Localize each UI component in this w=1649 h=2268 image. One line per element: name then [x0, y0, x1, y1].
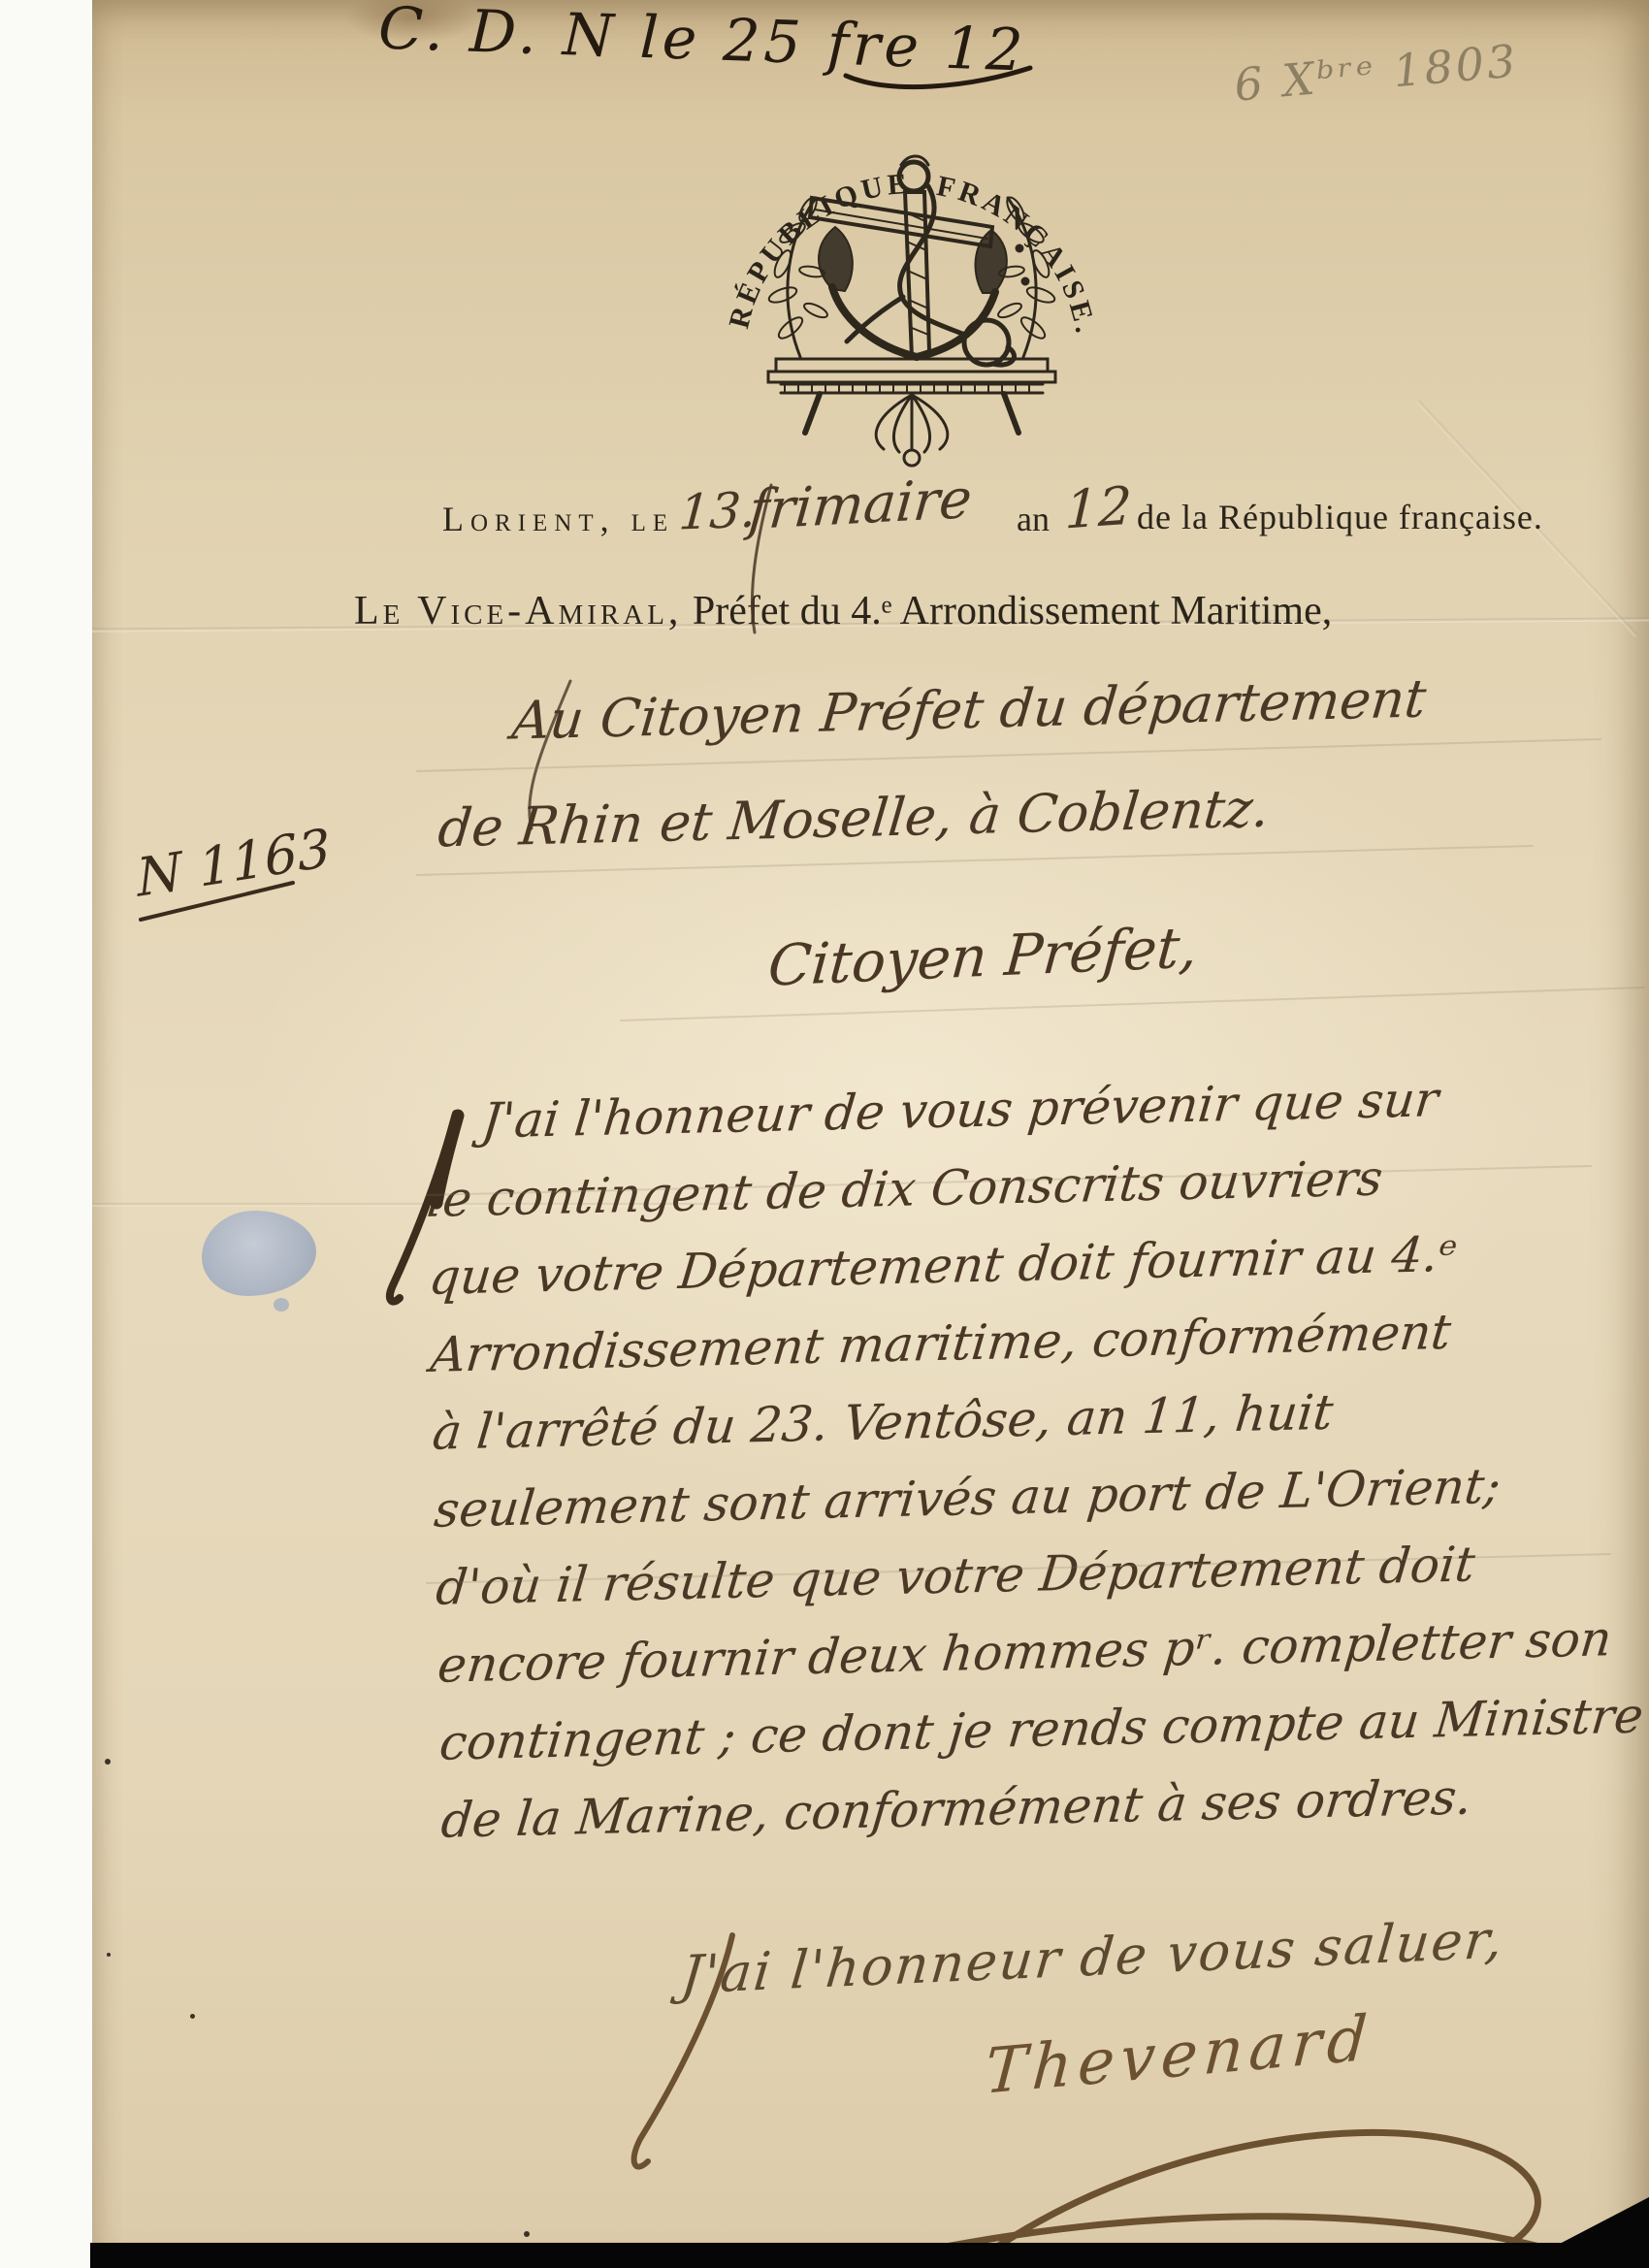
scanner-black-strip [90, 2243, 1649, 2268]
emblem-leaf-cluster [876, 395, 948, 466]
dateline-day-handwritten: 13. [677, 482, 759, 541]
dateline-month-handwritten: frimaire [746, 468, 974, 542]
dateline-place-printed: Lorient, le [442, 499, 674, 539]
dateline-year-handwritten: 12 [1064, 474, 1133, 540]
sender-title-smallcaps: Le Vice-Amiral, [354, 589, 682, 633]
anchor-engraving [767, 156, 1056, 466]
ink-blot-dot [274, 1298, 289, 1312]
sender-title-rest: Préfet du 4.ᵉ Arrondissement Maritime, [682, 589, 1332, 633]
svg-text:FRANÇAISE.: FRANÇAISE. [934, 170, 1101, 339]
anchor-fluke-left [819, 227, 853, 291]
paper-speck [107, 1953, 111, 1957]
letter-body: J'ai l'honneur de vous prévenir que sur … [419, 1067, 1639, 1870]
paper-speck [105, 1759, 111, 1765]
dateline-an-printed: an [1017, 499, 1050, 539]
anchor-fluke-right [976, 230, 1007, 293]
paper-speck [190, 2014, 195, 2019]
scanned-letter-page: C. D. N le 25 fre 12 6 Xᵇʳᵉ 1803 RÉPUBLI… [0, 0, 1649, 2268]
dateline-republic-printed: de la République française. [1137, 497, 1543, 537]
paper-speck [524, 2231, 530, 2237]
sender-title-line: Le Vice-Amiral, Préfet du 4.ᵉ Arrondisse… [354, 588, 1332, 634]
emblem-arc-right-text: FRANÇAISE. [934, 170, 1101, 339]
anchor-emblem-icon: RÉPUBLIQUE FRANÇAISE. [723, 97, 1101, 475]
